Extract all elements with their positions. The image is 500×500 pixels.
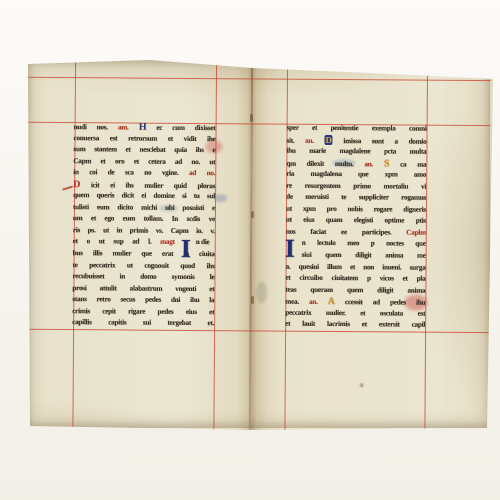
- left-text-line-5: in coi de sca no vgine. ad no.: [73, 167, 215, 180]
- left-text-line-4: Capm et oro et cetera ad no. ut: [73, 156, 215, 169]
- left-text-line-14: recubuisset in domo symonis le: [72, 271, 214, 284]
- illuminated-initial: D: [73, 179, 80, 190]
- left-text-line-10: ris ps. ut in primis vs. Capm io. v.: [73, 225, 215, 238]
- right-text-line-5: ria magdalena que xpm amo: [286, 169, 426, 182]
- text-segment: ut eius quam elegisti optime ptis: [286, 216, 426, 225]
- text-segment: conuersa est retrorsum et vidit ihe: [73, 134, 215, 143]
- gutter-offset-smudge: [256, 281, 267, 303]
- right-text-line-9: ut eius quam elegisti optime ptis: [286, 215, 426, 228]
- illuminated-initial: A: [328, 296, 335, 307]
- text-segment: sit.: [286, 136, 294, 144]
- rubric-segment: ad no.: [189, 169, 215, 177]
- text-segment: siui quem diligit anima me: [302, 251, 426, 260]
- text-segment: ccessit ad pedes ihu: [345, 298, 425, 307]
- left-text-line-3: sum stantem et nesciebat quia ihs e: [73, 144, 215, 157]
- right-text-line-17: peccatrix mulier. et osculata est: [285, 307, 425, 320]
- text-segment: bus illis mulier que erat in ciuita: [73, 249, 215, 258]
- left-text-line-12: bus illis mulier que erat in ciuita: [73, 248, 215, 261]
- text-segment: ut xpm pro nobis rogare digneris: [286, 204, 426, 213]
- text-segment: tulisti eum dicito michi ubi posuisti e: [73, 203, 215, 212]
- text-segment: sper et penitentie exempla conmi: [287, 124, 427, 133]
- rubric-segment: magt: [160, 238, 175, 246]
- text-segment: et circuibo ciuitatem p vicos et pla: [285, 274, 425, 283]
- text-segment: quem queris dicit ei domine si tu sul: [73, 191, 215, 200]
- left-text-line-15: prosi attulit alabastrum vngenti et: [72, 283, 214, 296]
- text-segment: ria magdalena que xpm amo: [286, 170, 426, 179]
- right-text-line-7: de meruisti te suppliciter rogamus: [286, 192, 426, 205]
- initial-penwork-flourish: [62, 185, 73, 190]
- rubric-segment: an.: [305, 136, 314, 144]
- right-text-line-6: re resurgentem primo mortaliu vi: [286, 180, 426, 193]
- left-text-line-16: stans retro secus pedes dni ihu la: [72, 294, 214, 307]
- text-segment: mea.: [285, 298, 299, 306]
- text-segment: teas queram quem diligit anima: [285, 285, 425, 294]
- text-segment: re resurgentem primo mortaliu vi: [286, 181, 426, 190]
- brown-speck: [360, 383, 364, 387]
- text-segment: um et ego eum tollam. In scdis ve: [73, 214, 215, 223]
- vellum-bifolium: nudi nos. am. H ec cum dixissetconuersa …: [0, 0, 500, 500]
- right-text-line-15: teas queram quem diligit anima: [285, 284, 425, 297]
- illuminated-initial: D: [324, 134, 332, 144]
- rubric-segment: Caplm: [406, 228, 426, 236]
- text-segment: in coi de sca no vgine.: [73, 168, 178, 177]
- right-text-line-14: et circuibo ciuitatem p vicos et pla: [285, 273, 425, 286]
- left-text-line-11: et o ut sup ad l. magt: [73, 237, 215, 250]
- text-segment: nos faciat ee participes.: [286, 228, 392, 237]
- manuscript-photo: nudi nos. am. H ec cum dixissetconuersa …: [0, 0, 500, 500]
- right-text-line-2: sit. an. D imissa sunt a domio: [286, 134, 426, 147]
- right-text-line-3: ihu marie magdalene pcta multa: [286, 146, 426, 159]
- left-page-textblock: nudi nos. am. H ec cum dixissetconuersa …: [72, 121, 216, 330]
- illuminated-initial: H: [139, 122, 147, 133]
- text-segment: et lauit lacrimis et extersit capil: [285, 320, 425, 329]
- text-fragment: n die: [196, 238, 210, 246]
- rubric-segment: am.: [118, 123, 129, 131]
- right-text-line-13: a. quesiui illum et non inueni. surga: [286, 261, 426, 274]
- rubric-segment: an.: [364, 160, 373, 168]
- right-text-line-11: n lectulo meo p noctes que: [286, 238, 426, 251]
- right-page-textblock: sper et penitentie exempla conmisit. an.…: [285, 123, 427, 332]
- left-text-line-8: tulisti eum dicito michi ubi posuisti e: [73, 202, 215, 215]
- text-segment: qm dilexit multu.: [286, 159, 353, 167]
- text-segment: capillis capitis sui tergebat et.: [72, 318, 214, 327]
- text-segment: nudi nos.: [74, 123, 108, 131]
- text-segment: prosi attulit alabastrum vngenti et: [72, 284, 214, 293]
- right-text-line-8: ut xpm pro nobis rogare digneris: [286, 203, 426, 216]
- left-text-line-6: D icit ei ihs mulier quid ploras: [73, 179, 215, 192]
- text-segment: et o ut sup ad l.: [73, 238, 152, 247]
- text-segment: sum stantem et nesciebat quia ihs e: [73, 145, 215, 154]
- left-text-line-1: nudi nos. am. H ec cum dixisset: [74, 121, 216, 134]
- left-text-line-17: crimis cepit rigare pedes eius et: [72, 306, 214, 319]
- illuminated-drop-initial: I: [285, 236, 295, 262]
- right-text-line-16: mea. an. A ccessit ad pedes ihu: [285, 296, 425, 309]
- text-segment: de meruisti te suppliciter rogamus: [286, 193, 426, 202]
- right-text-line-10: nos faciat ee participes. Caplm: [286, 227, 426, 240]
- text-segment: imissa sunt a domio: [343, 137, 426, 146]
- right-text-line-4: qm dilexit multu. an. S ca ma: [286, 157, 426, 170]
- text-segment: ec cum dixisset: [156, 124, 215, 132]
- text-segment: peccatrix mulier. et osculata est: [285, 308, 425, 317]
- text-segment: Capm et oro et cetera ad no. ut: [73, 157, 215, 166]
- text-segment: a. quesiui illum et non inueni. surga: [286, 262, 426, 271]
- rubric-segment: an.: [309, 298, 318, 306]
- text-segment: n lectulo meo p noctes que: [302, 239, 426, 248]
- text-segment: crimis cepit rigare pedes eius et: [72, 307, 214, 316]
- text-segment: stans retro secus pedes dni ihu la: [72, 295, 214, 304]
- left-text-line-2: conuersa est retrorsum et vidit ihe: [73, 133, 215, 146]
- right-text-line-12: siui quem diligit anima me: [286, 250, 426, 263]
- illuminated-initial: S: [384, 158, 389, 169]
- left-text-line-7: quem queris dicit ei domine si tu sul: [73, 190, 215, 203]
- illuminated-drop-initial: I: [181, 236, 191, 262]
- ink-layer: nudi nos. am. H ec cum dixissetconuersa …: [0, 0, 500, 500]
- left-text-line-18: capillis capitis sui tergebat et.: [72, 317, 214, 330]
- left-text-line-9: um et ego eum tollam. In scdis ve: [73, 213, 215, 226]
- text-segment: te peccatrix ut cognouit quod ihs: [73, 261, 215, 270]
- text-segment: ca ma: [400, 160, 426, 168]
- text-segment: ihu marie magdalene pcta multa: [286, 147, 426, 156]
- right-text-line-1: sper et penitentie exempla conmi: [287, 123, 427, 136]
- left-text-line-13: te peccatrix ut cognouit quod ihs: [73, 260, 215, 273]
- text-segment: icit ei ihs mulier quid ploras: [91, 181, 215, 190]
- text-segment: recubuisset in domo symonis le: [72, 272, 214, 281]
- text-segment: ris ps. ut in primis vs. Capm io. v.: [73, 226, 215, 235]
- right-text-line-18: et lauit lacrimis et extersit capil: [285, 319, 425, 332]
- ruling-line-horizontal: [28, 77, 491, 81]
